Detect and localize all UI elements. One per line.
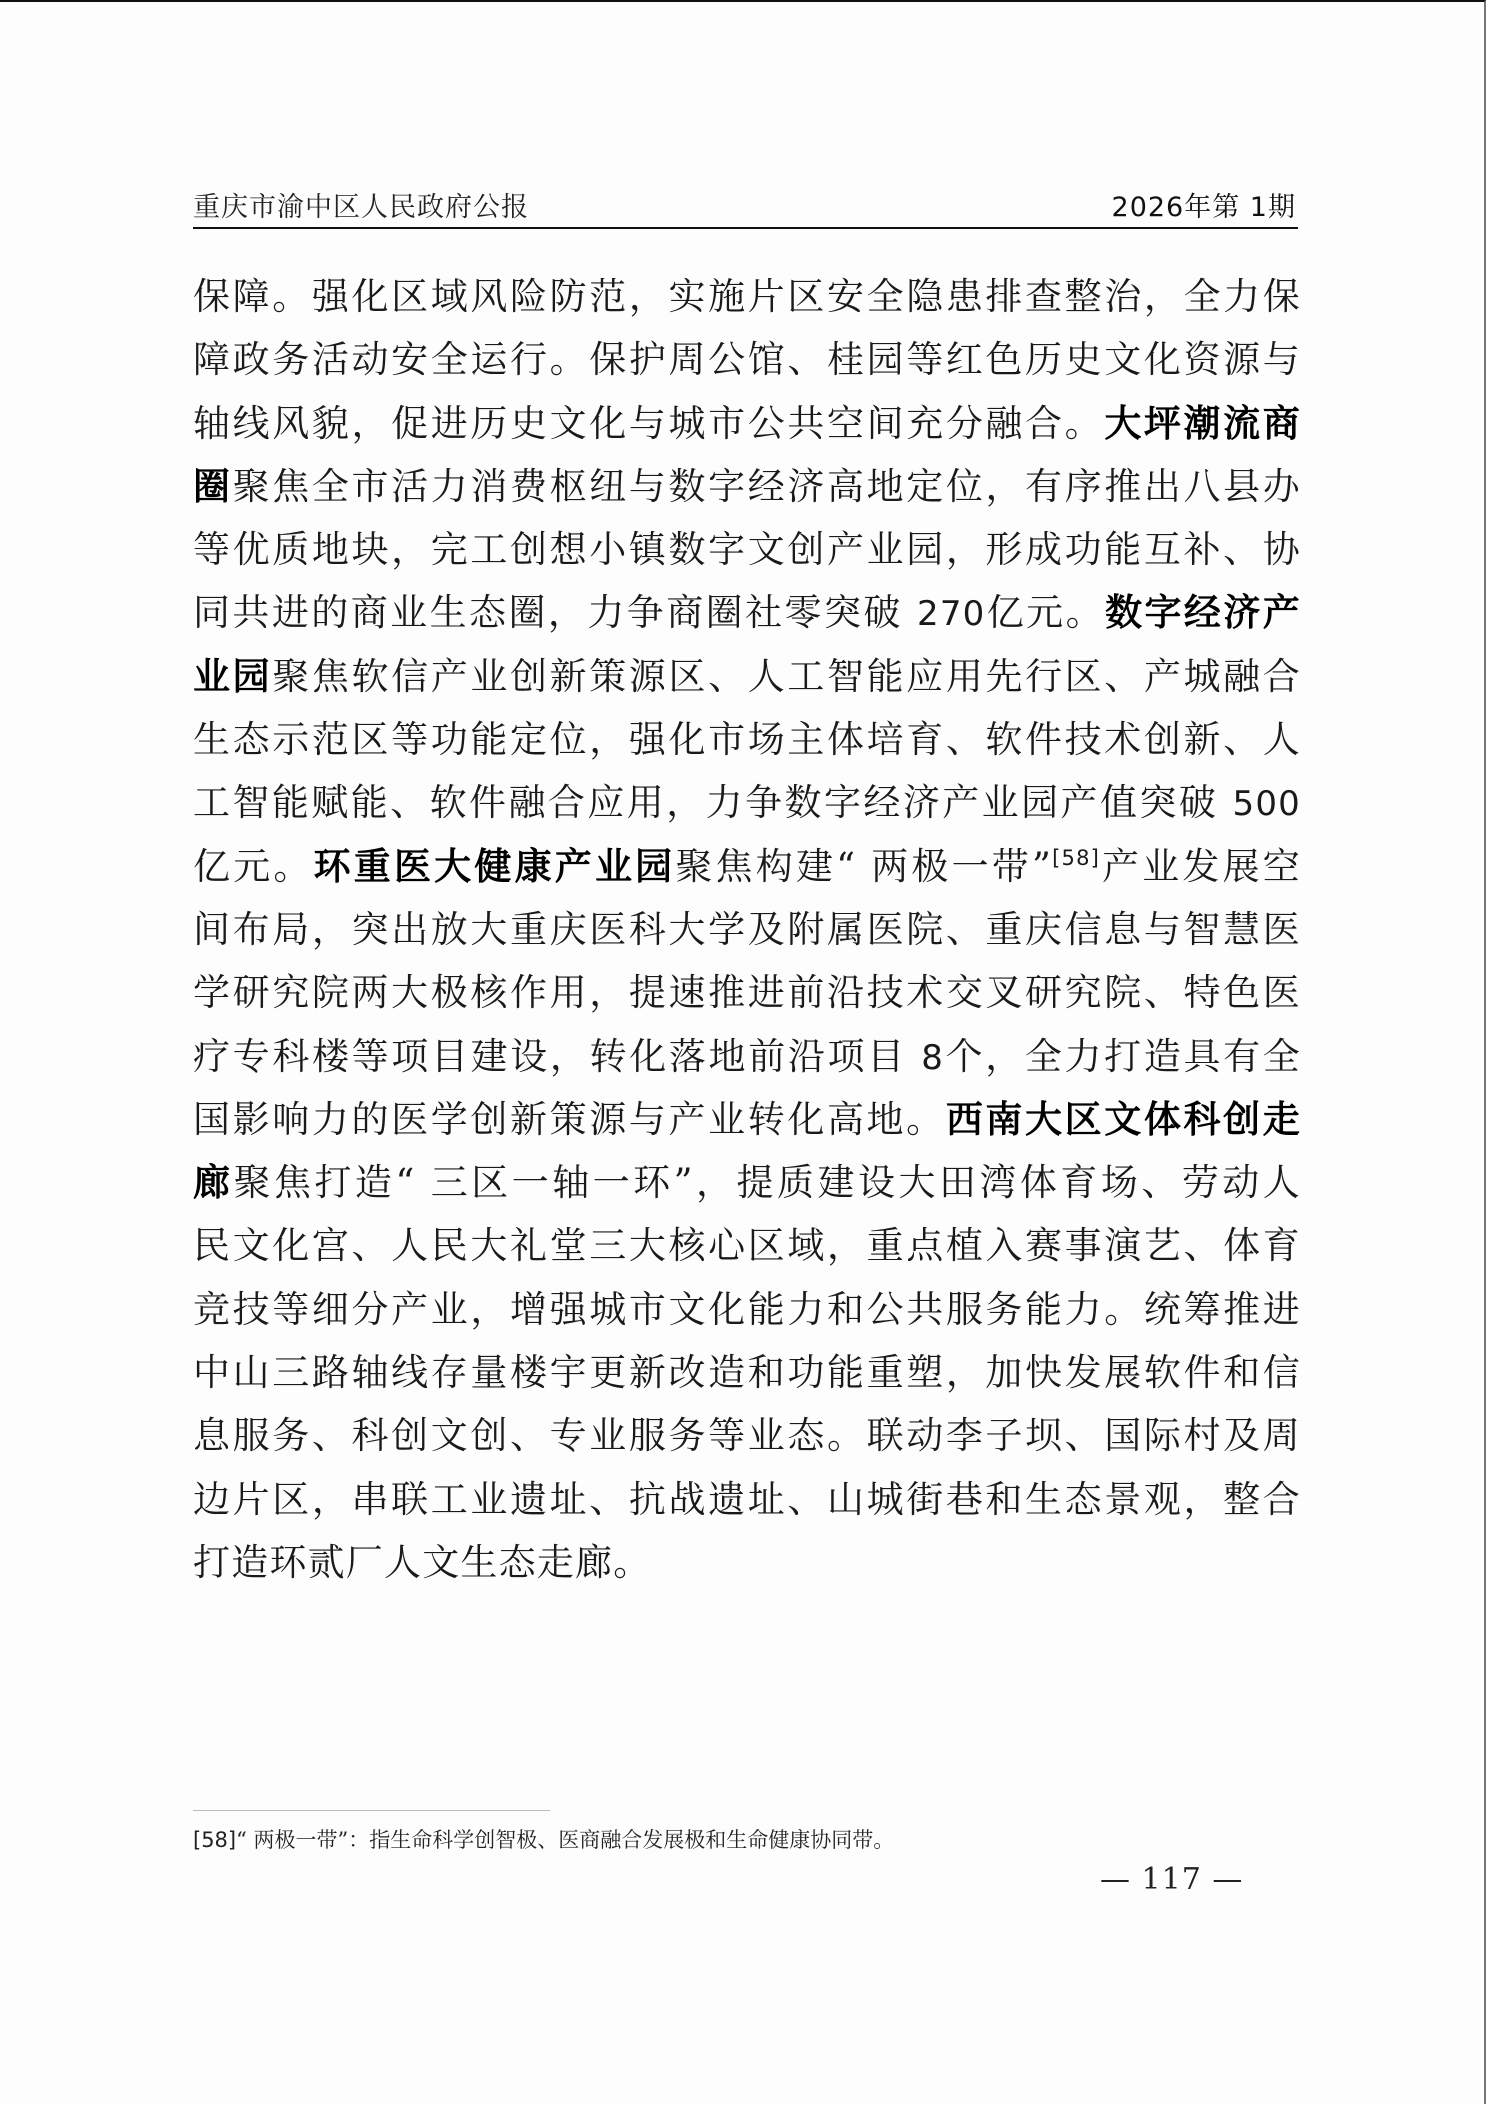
- text-run: 保障。强化区域风险防范，实施片区安全隐患排查整治，全力保: [193, 275, 1301, 318]
- footnote-divider: [193, 1810, 550, 1811]
- paragraph-line: 国影响力的医学创新策源与产业转化高地。西南大区文体科创走: [193, 1088, 1301, 1151]
- paragraph-line: 中山三路轴线存量楼宇更新改造和功能重塑，加快发展软件和信: [193, 1341, 1301, 1404]
- bold-heading-text: 环重医大健康产业园: [314, 845, 676, 888]
- bold-heading-text: 数字经济产: [1105, 591, 1301, 634]
- text-run: 障政务活动安全运行。保护周公馆、桂园等红色历史文化资源与: [193, 338, 1301, 381]
- text-run: 亿元。: [193, 845, 314, 888]
- paragraph-line: 学研究院两大极核作用，提速推进前沿技术交叉研究院、特色医: [193, 961, 1301, 1024]
- text-run: 产业发展空: [1100, 845, 1301, 888]
- running-header: 重庆市渝中区人民政府公报 2026年第 1期: [193, 182, 1296, 226]
- paragraph-line: 亿元。环重医大健康产业园聚焦构建“ 两极一带”[58]产业发展空: [193, 835, 1301, 898]
- footnote-mark: [58]: [193, 1828, 236, 1852]
- publication-title: 重庆市渝中区人民政府公报: [193, 190, 529, 226]
- page: 重庆市渝中区人民政府公报 2026年第 1期 保障。强化区域风险防范，实施片区安…: [0, 0, 1486, 2104]
- text-run: 疗专科楼等项目建设，转化落地前沿项目: [193, 1035, 921, 1078]
- text-run: 民文化宫、人民大礼堂三大核心区域，重点植入赛事演艺、体育: [193, 1224, 1301, 1267]
- paragraph-line: 民文化宫、人民大礼堂三大核心区域，重点植入赛事演艺、体育: [193, 1214, 1301, 1277]
- header-divider: [193, 227, 1298, 229]
- paragraph-line: 同共进的商业生态圈，力争商圈社零突破 270亿元。数字经济产: [193, 581, 1301, 644]
- paragraph-line: 轴线风貌，促进历史文化与城市公共空间充分融合。大坪潮流商: [193, 392, 1301, 455]
- paragraph-line: 圈聚焦全市活力消费枢纽与数字经济高地定位，有序推出八县办: [193, 455, 1301, 518]
- paragraph-line: 疗专科楼等项目建设，转化落地前沿项目 8个，全力打造具有全: [193, 1025, 1301, 1088]
- footnote: [58]“ 两极一带”：指生命科学创智极、医商融合发展极和生命健康协同带。: [193, 1824, 894, 1856]
- bold-heading-text: 廊: [193, 1161, 233, 1204]
- number-text: 8: [921, 1038, 944, 1078]
- text-run: 工智能赋能、软件融合应用，力争数字经济产业园产值突破: [193, 781, 1233, 824]
- bold-heading-text: 业园: [193, 655, 272, 698]
- text-run: 轴线风貌，促进历史文化与城市公共空间充分融合。: [193, 402, 1104, 445]
- footnote-text: “ 两极一带”：指生命科学创智极、医商融合发展极和生命健康协同带。: [236, 1828, 894, 1852]
- text-run: 生态示范区等功能定位，强化市场主体培育、软件技术创新、人: [193, 718, 1301, 761]
- text-run: 间布局，突出放大重庆医科大学及附属医院、重庆信息与智慧医: [193, 908, 1301, 951]
- text-run: 个，全力打造具有全: [944, 1035, 1301, 1078]
- paragraph-line: 工智能赋能、软件融合应用，力争数字经济产业园产值突破 500: [193, 771, 1301, 834]
- paragraph-line: 生态示范区等功能定位，强化市场主体培育、软件技术创新、人: [193, 708, 1301, 771]
- text-run: 聚焦软信产业创新策源区、人工智能应用先行区、产城融合: [272, 655, 1301, 698]
- text-run: 学研究院两大极核作用，提速推进前沿技术交叉研究院、特色医: [193, 971, 1301, 1014]
- page-number: — 117 —: [1100, 1860, 1243, 1900]
- text-run: 亿元。: [986, 591, 1106, 634]
- text-run: 边片区，串联工业遗址、抗战遗址、山城街巷和生态景观，整合: [193, 1478, 1301, 1521]
- issue-number: 2026年第 1期: [1112, 190, 1296, 226]
- bold-heading-text: 西南大区文体科创走: [946, 1098, 1301, 1141]
- text-run: 中山三路轴线存量楼宇更新改造和功能重塑，加快发展软件和信: [193, 1351, 1301, 1394]
- paragraph-line: 边片区，串联工业遗址、抗战遗址、山城街巷和生态景观，整合: [193, 1468, 1301, 1531]
- body-text: 保障。强化区域风险防范，实施片区安全隐患排查整治，全力保障政务活动安全运行。保护…: [193, 265, 1301, 1594]
- paragraph-line: 竞技等细分产业，增强城市文化能力和公共服务能力。统筹推进: [193, 1278, 1301, 1341]
- footnote-reference[interactable]: [58]: [1052, 846, 1100, 870]
- text-run: 竞技等细分产业，增强城市文化能力和公共服务能力。统筹推进: [193, 1288, 1301, 1331]
- text-run: 息服务、科创文创、专业服务等业态。联动李子坝、国际村及周: [193, 1414, 1301, 1457]
- paragraph-line: 息服务、科创文创、专业服务等业态。联动李子坝、国际村及周: [193, 1404, 1301, 1467]
- text-run: 聚焦打造“ 三区一轴一环”，提质建设大田湾体育场、劳动人: [233, 1161, 1301, 1204]
- paragraph-line: 障政务活动安全运行。保护周公馆、桂园等红色历史文化资源与: [193, 328, 1301, 391]
- paragraph-line: 保障。强化区域风险防范，实施片区安全隐患排查整治，全力保: [193, 265, 1301, 328]
- text-run: 聚焦全市活力消费枢纽与数字经济高地定位，有序推出八县办: [233, 465, 1301, 508]
- number-text: 270: [917, 594, 986, 634]
- paragraph-line: 廊聚焦打造“ 三区一轴一环”，提质建设大田湾体育场、劳动人: [193, 1151, 1301, 1214]
- paragraph-line: 等优质地块，完工创想小镇数字文创产业园，形成功能互补、协: [193, 518, 1301, 581]
- paragraph-line: 间布局，突出放大重庆医科大学及附属医院、重庆信息与智慧医: [193, 898, 1301, 961]
- bold-heading-text: 大坪潮流商: [1104, 402, 1301, 445]
- paragraph-line: 打造环贰厂人文生态走廊。: [193, 1531, 1301, 1594]
- number-text: 500: [1233, 784, 1302, 824]
- text-run: 打造环贰厂人文生态走廊。: [193, 1541, 651, 1584]
- bold-heading-text: 圈: [193, 465, 233, 508]
- text-run: 聚焦构建“ 两极一带”: [675, 845, 1052, 888]
- text-run: 同共进的商业生态圈，力争商圈社零突破: [193, 591, 917, 634]
- paragraph-line: 业园聚焦软信产业创新策源区、人工智能应用先行区、产城融合: [193, 645, 1301, 708]
- text-run: 等优质地块，完工创想小镇数字文创产业园，形成功能互补、协: [193, 528, 1301, 571]
- text-run: 国影响力的医学创新策源与产业转化高地。: [193, 1098, 946, 1141]
